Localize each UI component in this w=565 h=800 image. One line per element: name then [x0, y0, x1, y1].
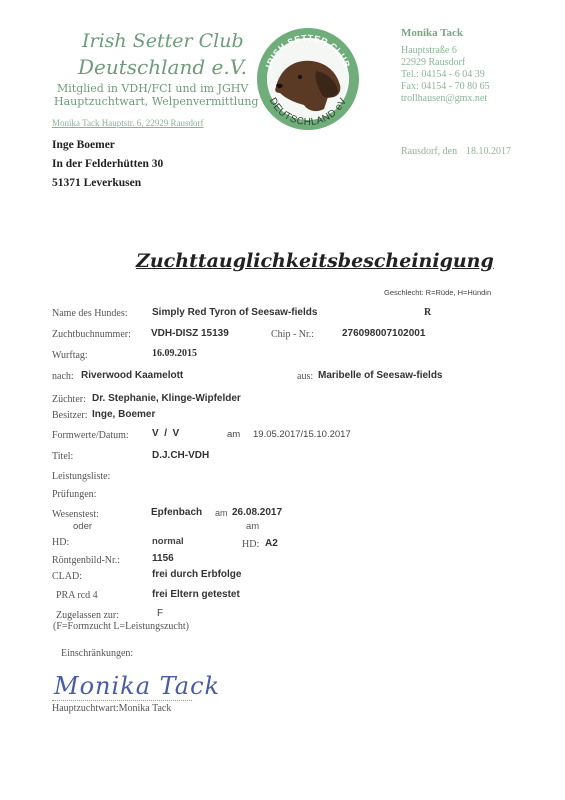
club-name-line2: Deutschland e.V.	[78, 55, 247, 79]
label-admitted: Zugelassen zur:	[56, 610, 119, 621]
club-logo: IRISH SETTER CLUB DEUTSCHLAND eV	[256, 27, 360, 131]
signature: Monika Tack	[54, 672, 220, 700]
dog-head-logo-icon: IRISH SETTER CLUB DEUTSCHLAND eV	[256, 27, 360, 131]
place: Rausdorf, den	[401, 146, 457, 157]
label-breeder: Züchter:	[52, 394, 86, 405]
recipient-street: In der Felderhütten 30	[52, 158, 163, 170]
return-address: Monika Tack Hauptstr. 6, 22929 Rausdorf	[52, 118, 203, 128]
chip-number: 276098007102001	[342, 328, 425, 339]
document-title: Zuchttauglichkeitsbescheinigung	[136, 250, 494, 272]
label-studbook: Zuchtbuchnummer:	[52, 329, 131, 340]
label-hd: HD:	[52, 537, 69, 548]
clad-value: frei durch Erbfolge	[152, 569, 241, 580]
sender-email[interactable]: trollhausen@gmx.net	[401, 93, 487, 105]
or-am: am	[246, 521, 259, 532]
dog-sex: R	[424, 307, 431, 318]
sender-phone: Tel.: 04154 - 6 04 39	[401, 69, 485, 81]
admitted-note: (F=Formzucht L=Leistungszucht)	[53, 621, 189, 632]
label-whelp-date: Wurftag:	[52, 350, 88, 361]
recipient-city: 51371 Leverkusen	[52, 177, 141, 189]
sender-fax: Fax: 04154 - 70 80 65	[401, 81, 490, 93]
hd-grade: A2	[265, 538, 278, 549]
club-name-line1: Irish Setter Club	[82, 30, 244, 52]
label-performance-list: Leistungsliste:	[52, 471, 110, 482]
signature-caption: Hauptzuchtwart:Monika Tack	[52, 703, 171, 714]
temperament-test-am: am	[215, 508, 228, 518]
sire-name: Riverwood Kaamelott	[81, 370, 183, 381]
label-dog-name: Name des Hundes:	[52, 308, 128, 319]
conformation-grades: V / V	[152, 428, 179, 439]
dog-title: D.J.CH-VDH	[152, 450, 209, 461]
admitted-value: F	[157, 608, 163, 619]
owner-name: Inge, Boemer	[92, 409, 155, 420]
label-chip: Chip - Nr.:	[271, 329, 314, 340]
sender-city: 22929 Rausdorf	[401, 57, 465, 69]
label-sire: nach:	[52, 371, 74, 382]
pra-value: frei Eltern getestet	[152, 589, 240, 600]
label-pra: PRA rcd 4	[56, 590, 98, 601]
label-hd-grade: HD:	[242, 539, 259, 550]
dog-name: Simply Red Tyron of Seesaw-fields	[152, 307, 317, 318]
label-temperament-test: Wesenstest:	[52, 509, 99, 520]
label-or: oder	[73, 521, 92, 532]
studbook-number: VDH-DISZ 15139	[151, 328, 229, 339]
conformation-dates: 19.05.2017/15.10.2017	[253, 429, 351, 440]
letter-date: 18.10.2017	[466, 146, 511, 157]
club-membership: Mitglied in VDH/FCI und im JGHV	[57, 82, 248, 95]
club-role: Hauptzuchtwart, Welpenvermittlung	[54, 95, 258, 108]
label-owner: Besitzer:	[52, 410, 88, 421]
signature-line	[52, 700, 192, 701]
label-conformation: Formwerte/Datum:	[52, 430, 129, 441]
hd-value: normal	[152, 536, 184, 547]
whelp-date: 16.09.2015	[152, 348, 197, 359]
label-clad: CLAD:	[52, 571, 82, 582]
conformation-am: am	[227, 429, 240, 440]
recipient-name: Inge Boemer	[52, 139, 115, 151]
temperament-test-date: 26.08.2017	[232, 507, 282, 518]
sender-name: Monika Tack	[401, 27, 463, 39]
breeder-name: Dr. Stephanie, Klinge-Wipfelder	[92, 393, 241, 404]
label-restrictions: Einschränkungen:	[61, 648, 133, 659]
sex-legend: Geschlecht: R=Rüde, H=Hündin	[384, 288, 491, 297]
dam-name: Maribelle of Seesaw-fields	[318, 370, 443, 381]
sender-street: Hauptstraße 6	[401, 45, 457, 57]
label-dam: aus:	[297, 371, 313, 382]
label-title: Titel:	[52, 451, 73, 462]
xray-number: 1156	[152, 553, 174, 564]
temperament-test-place: Epfenbach	[151, 507, 202, 518]
label-xray: Röntgenbild-Nr.:	[52, 555, 120, 566]
label-exams: Prüfungen:	[52, 489, 96, 500]
